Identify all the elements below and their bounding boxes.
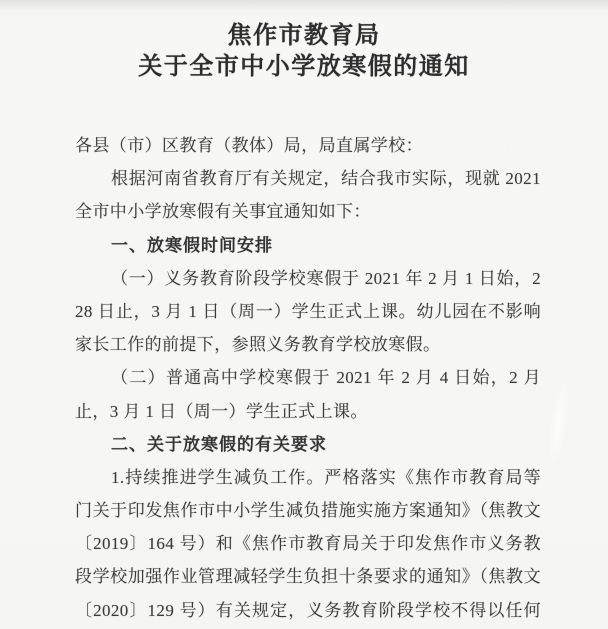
scanned-notice-page: 焦作市教育局 关于全市中小学放寒假的通知 各县（市）区教育（教体）局，局直属学校… — [0, 0, 608, 629]
doc-line: 段学校加强作业管理减轻学生负担十条要求的通知》（焦教文 — [75, 560, 541, 593]
section-heading-1: 一、放寒假时间安排 — [75, 229, 541, 262]
notice-title: 焦作市教育局 关于全市中小学放寒假的通知 — [0, 21, 608, 83]
doc-line: 〔2019〕164 号）和《焦作市教育局关于印发焦作市义务教育阶 — [75, 527, 541, 560]
title-line-subject: 关于全市中小学放寒假的通知 — [0, 52, 608, 83]
salutation-line: 各县（市）区教育（教体）局，局直属学校： — [75, 129, 541, 162]
doc-line: 28 日止，3 月 1 日（周一）学生正式上课。幼儿园在不影响幼儿 — [75, 295, 541, 328]
doc-line: 〔2020〕129 号）有关规定，义务教育阶段学校不得以任何理由 — [75, 594, 541, 627]
doc-line: （一）义务教育阶段学校寒假于 2021 年 2 月 1 日始，2 月 — [75, 262, 541, 295]
doc-line: 门关于印发焦作市中小学生减负措施实施方案通知》（焦教文 — [75, 494, 541, 527]
section-heading-2: 二、关于放寒假的有关要求 — [75, 428, 541, 461]
notice-body: 各县（市）区教育（教体）局，局直属学校： 根据河南省教育厅有关规定，结合我市实际… — [75, 129, 541, 627]
doc-line: 止，3 月 1 日（周一）学生正式上课。 — [75, 395, 541, 428]
doc-line: 根据河南省教育厅有关规定，结合我市实际，现就 2021 年 — [75, 162, 541, 195]
doc-line: 1.持续推进学生减负工作。严格落实《焦作市教育局等九部 — [75, 461, 541, 494]
doc-line: 家长工作的前提下，参照义务教育学校放寒假。 — [75, 328, 541, 361]
doc-line: 全市中小学放寒假有关事宜通知如下： — [75, 195, 541, 228]
doc-line: （二）普通高中学校寒假于 2021 年 2 月 4 日始，2 月 28 日 — [75, 361, 541, 394]
scan-top-shadow — [0, 0, 608, 10]
title-line-issuer: 焦作市教育局 — [0, 21, 608, 52]
scan-artifact — [543, 371, 575, 473]
